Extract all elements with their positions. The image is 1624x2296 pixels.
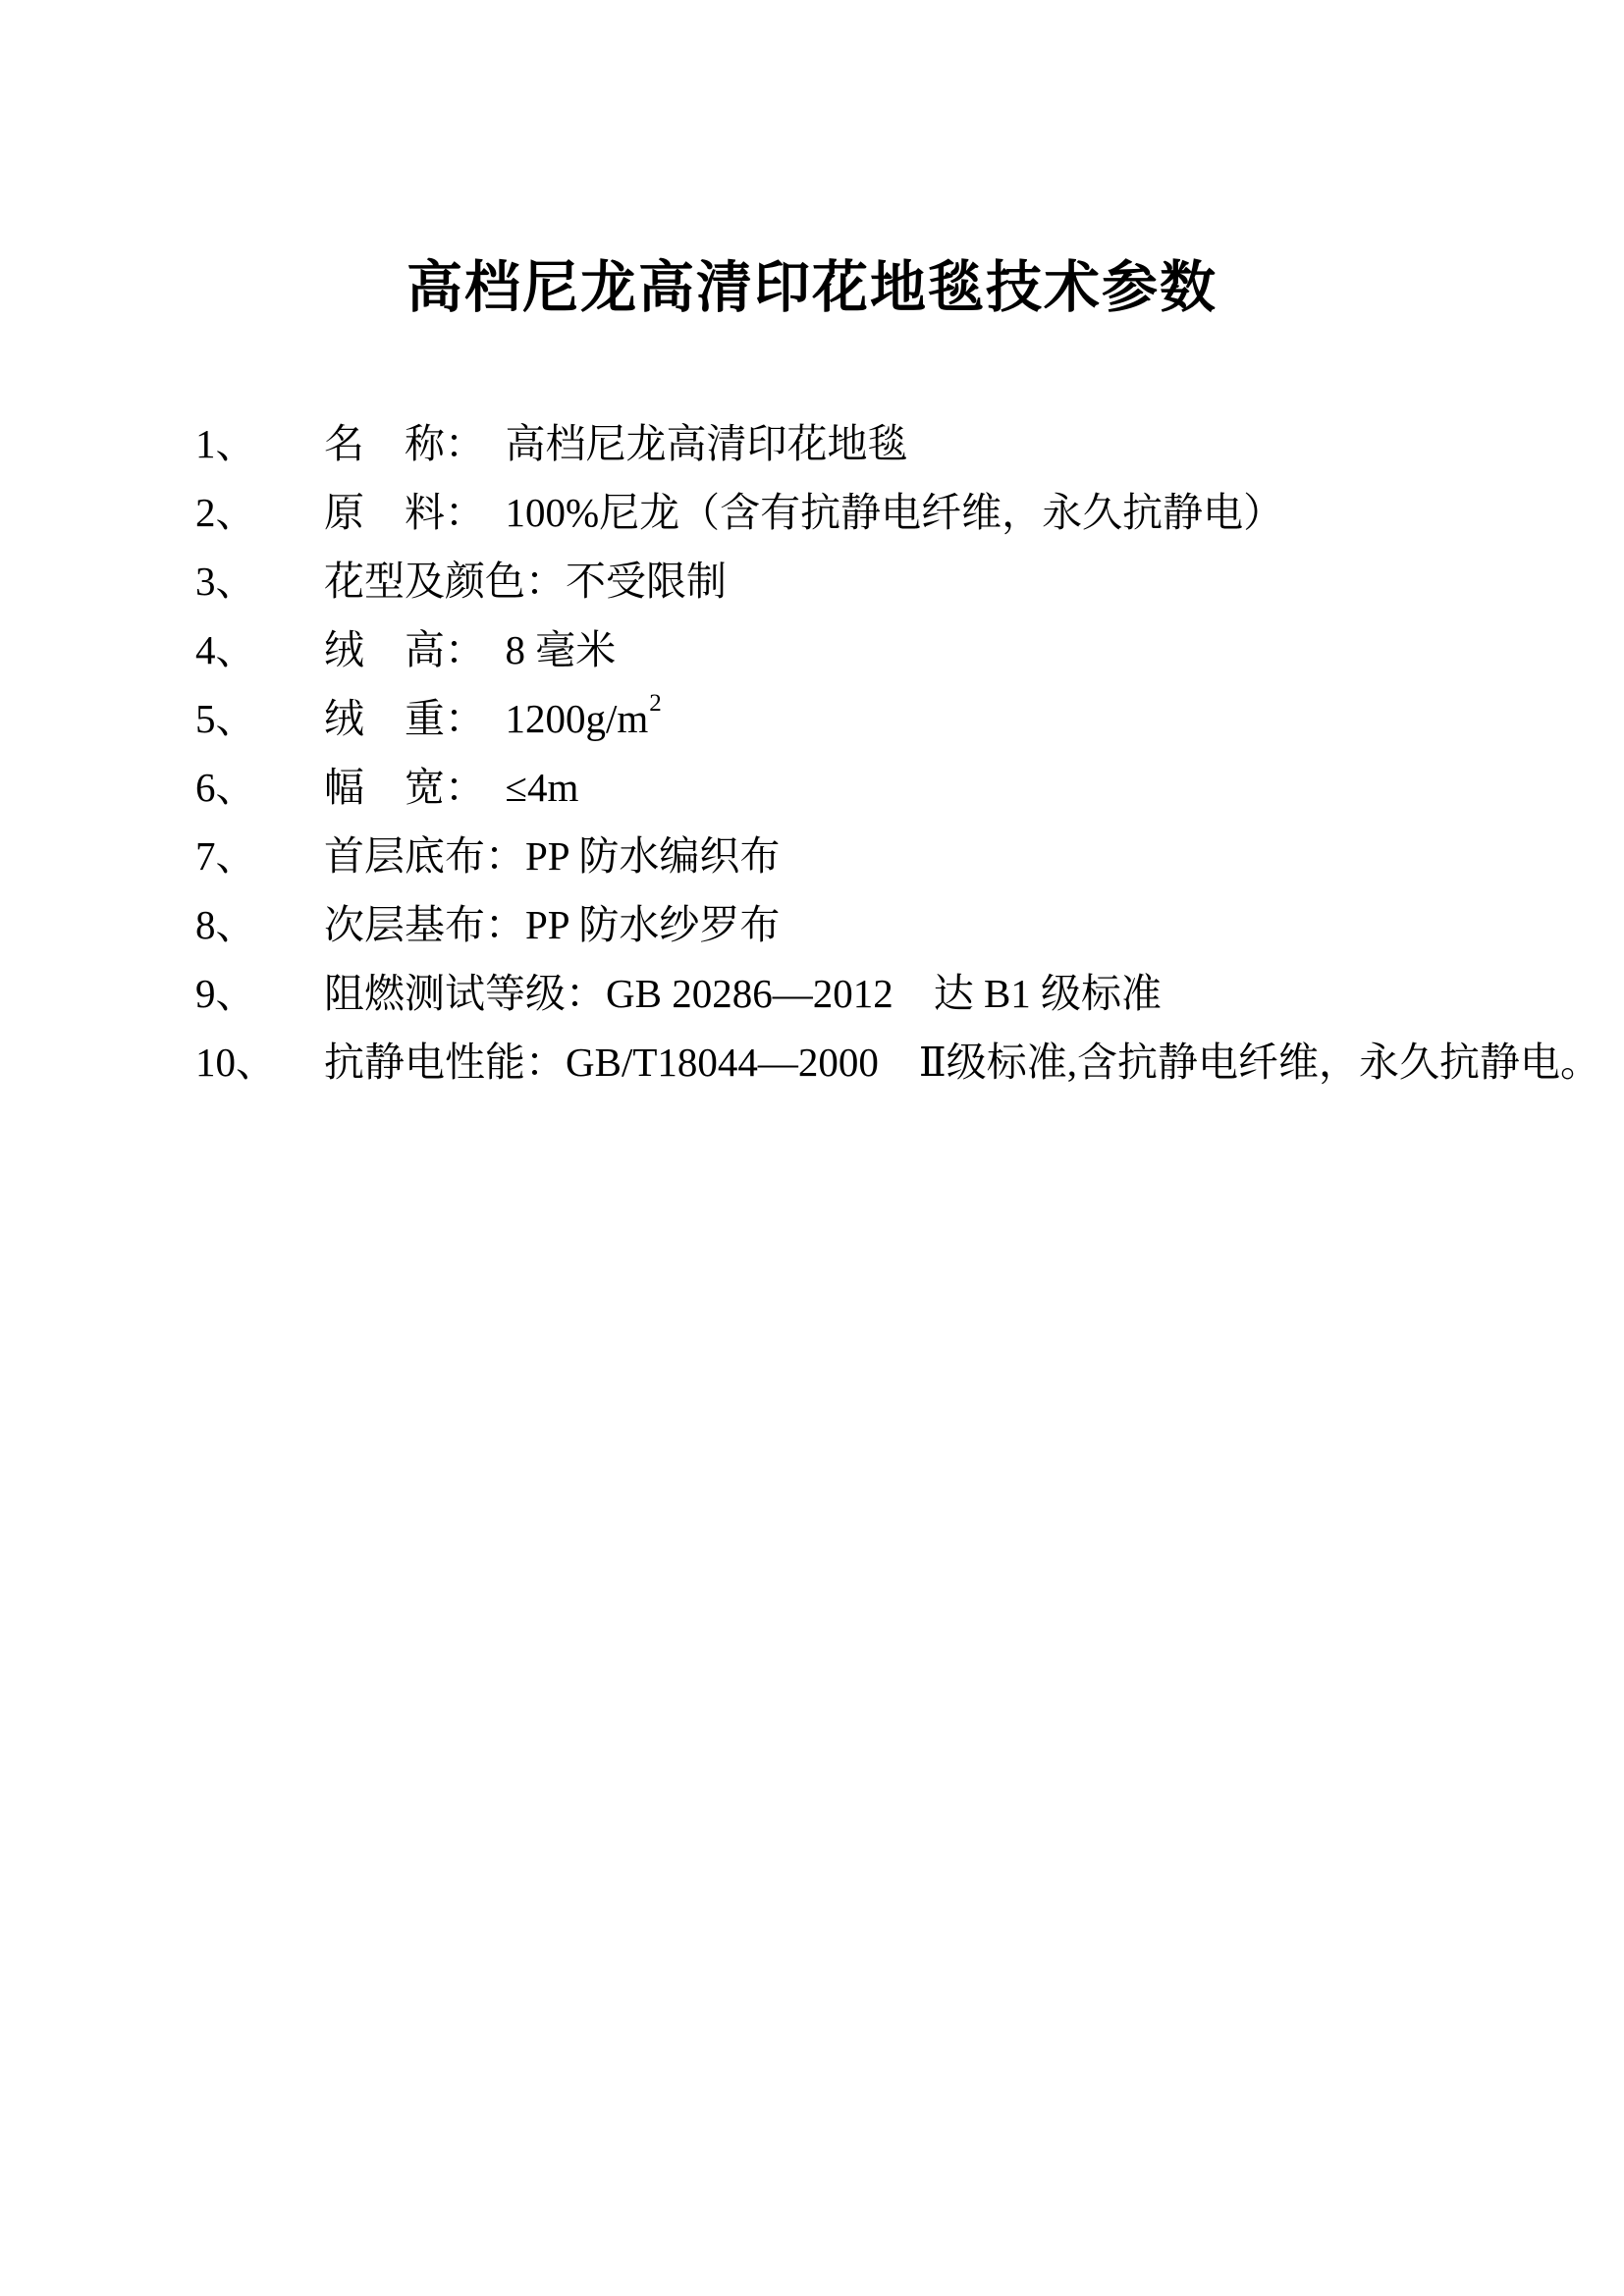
spec-item-9: 9、 阻燃测试等级：GB 20286—2012 达 B1 级标准 — [0, 959, 1624, 1028]
item-text: 原 料： 100%尼龙（含有抗静电纤维，永久抗静电） — [324, 491, 1283, 535]
spec-item-6: 6、 幅 宽： ≤4m — [0, 753, 1624, 822]
item-number: 8、 — [195, 903, 324, 947]
item-text: 花型及颜色：不受限制 — [324, 560, 727, 604]
document-title: 高档尼龙高清印花地毯技术参数 — [0, 0, 1624, 323]
item-number: 9、 — [195, 972, 324, 1016]
item-text: 绒 高： 8 毫米 — [324, 628, 616, 672]
document-page: 高档尼龙高清印花地毯技术参数 1、 名 称： 高档尼龙高清印花地毯 2、 原 料… — [0, 0, 1624, 2296]
item-superscript: 2 — [649, 690, 662, 718]
item-number: 2、 — [195, 491, 324, 535]
spec-item-7: 7、 首层底布：PP 防水编织布 — [0, 822, 1624, 890]
spec-item-4: 4、 绒 高： 8 毫米 — [0, 615, 1624, 684]
item-text: 阻燃测试等级：GB 20286—2012 达 B1 级标准 — [324, 972, 1162, 1016]
item-number: 1、 — [195, 422, 324, 466]
item-text: 抗静电性能：GB/T18044—2000 Ⅱ级标准,含抗静电纤维，永久抗静电。 — [324, 1041, 1600, 1085]
item-number: 4、 — [195, 628, 324, 672]
spec-item-10: 10、 抗静电性能：GB/T18044—2000 Ⅱ级标准,含抗静电纤维，永久抗… — [0, 1028, 1624, 1096]
item-number: 10、 — [195, 1041, 324, 1085]
item-number: 7、 — [195, 834, 324, 879]
item-text: 次层基布：PP 防水纱罗布 — [324, 903, 780, 947]
spec-item-8: 8、 次层基布：PP 防水纱罗布 — [0, 890, 1624, 959]
item-text: 幅 宽： ≤4m — [324, 766, 578, 810]
item-number: 6、 — [195, 766, 324, 810]
item-text: 首层底布：PP 防水编织布 — [324, 834, 780, 879]
item-text: 绒 重： 1200g/m — [324, 697, 648, 741]
spec-list: 1、 名 称： 高档尼龙高清印花地毯 2、 原 料： 100%尼龙（含有抗静电纤… — [0, 409, 1624, 1096]
item-number: 5、 — [195, 697, 324, 741]
spec-item-2: 2、 原 料： 100%尼龙（含有抗静电纤维，永久抗静电） — [0, 478, 1624, 547]
item-text: 名 称： 高档尼龙高清印花地毯 — [324, 422, 908, 466]
spec-item-5: 5、 绒 重： 1200g/m 2 — [0, 684, 1624, 753]
spec-item-1: 1、 名 称： 高档尼龙高清印花地毯 — [0, 409, 1624, 478]
spec-item-3: 3、 花型及颜色：不受限制 — [0, 547, 1624, 615]
item-number: 3、 — [195, 560, 324, 604]
